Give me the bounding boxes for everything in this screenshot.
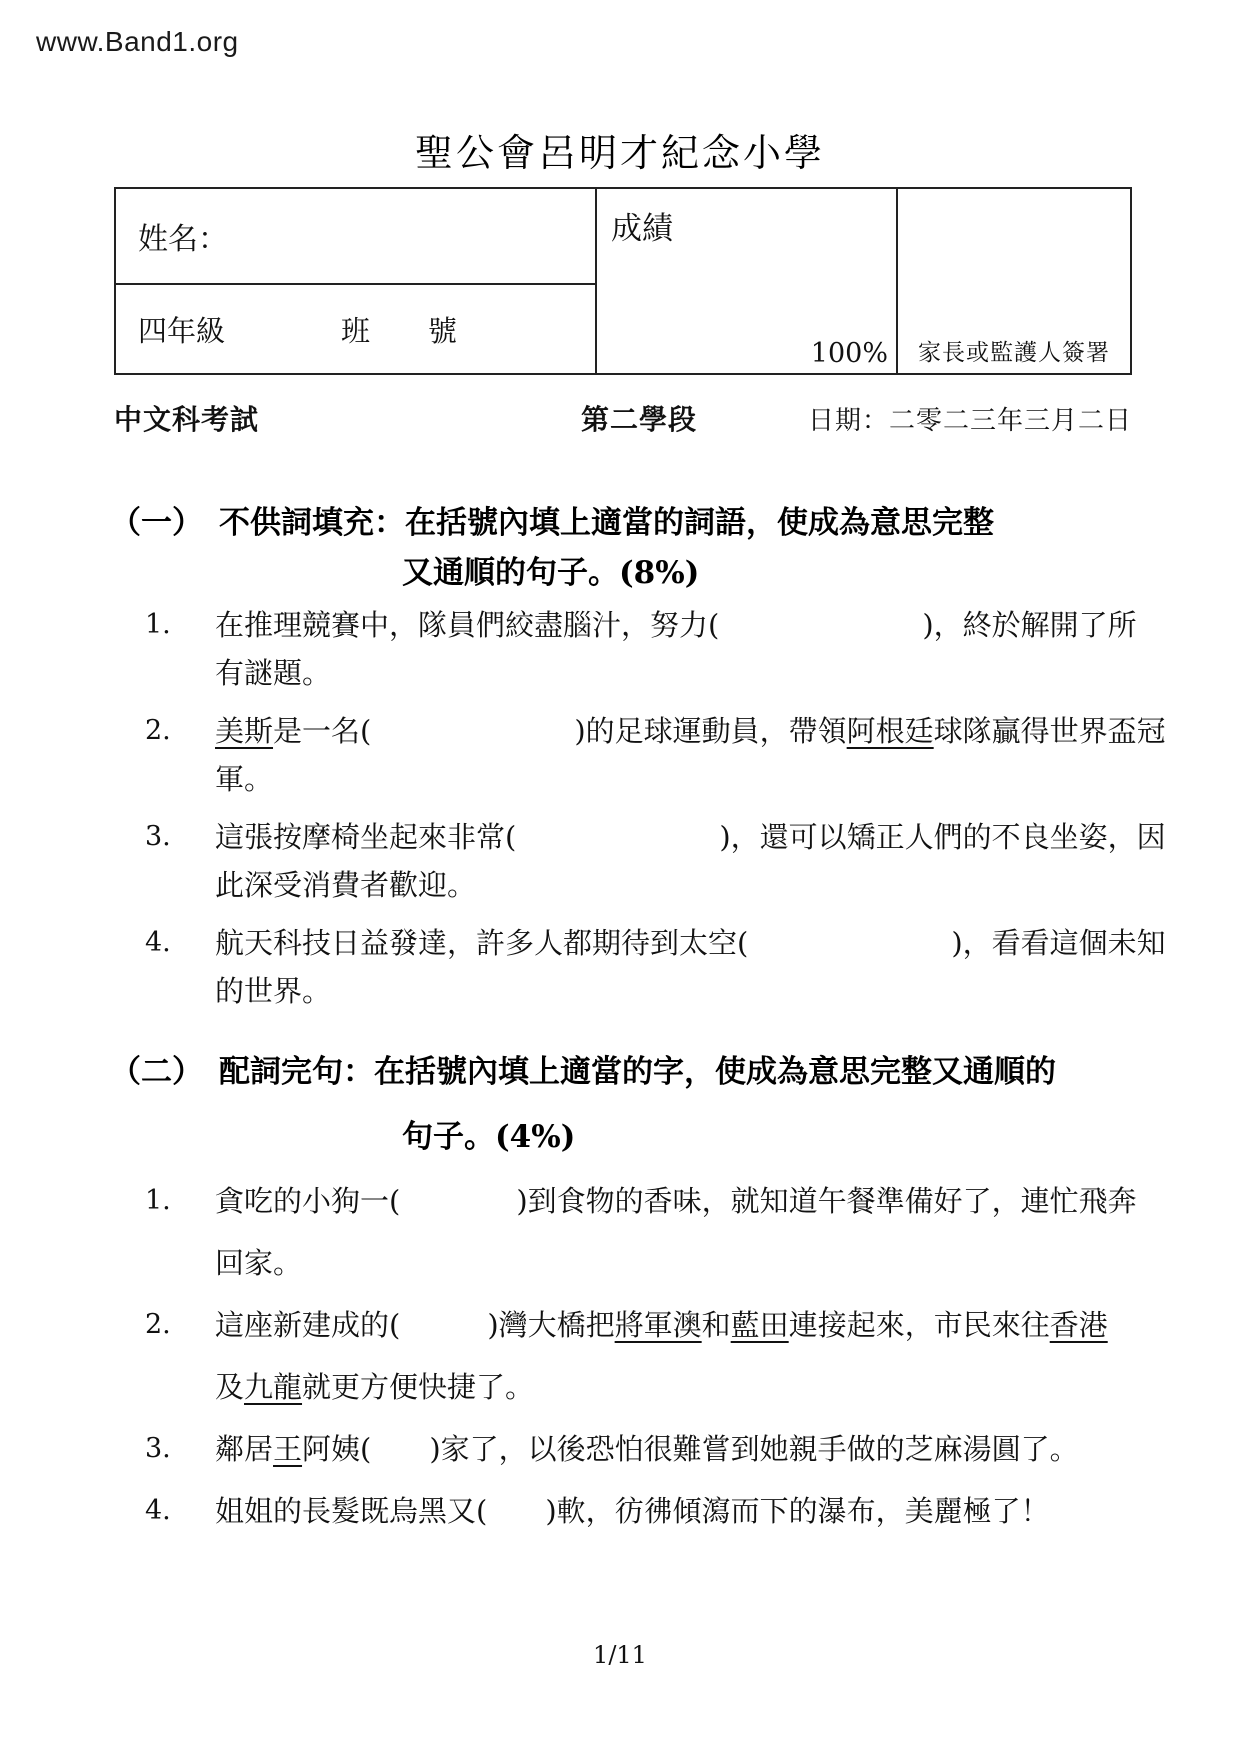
question-text: 這座新建成的( )灣大橋把	[215, 1308, 615, 1342]
section-title: 不供詞填充：在括號內填上適當的詞語，使成為意思完整	[219, 505, 994, 541]
question-item: 3.鄰居王阿姨( )家了，以後恐怕很難嘗到她親手做的芝麻湯圓了。	[110, 1418, 1132, 1480]
question-line: 這張按摩椅坐起來非常( )，還可以矯正人們的不良坐姿，因	[215, 813, 1132, 861]
student-info-table: 姓名： 四年級 班 號 成績 100% 家長或監護人簽署	[114, 187, 1132, 375]
exam-subject: 中文科考試	[114, 398, 259, 438]
question-line: 此深受消費者歡迎。	[215, 861, 1132, 909]
question-text: 此深受消費者歡迎。	[215, 868, 476, 902]
info-table-left-column: 姓名： 四年級 班 號	[116, 189, 597, 373]
exam-term: 第二學段	[581, 398, 697, 438]
question-text: 阿姨( )家了，以後恐怕很難嘗到她親手做的芝麻湯圓了。	[302, 1432, 1079, 1466]
question-item: 4.姐姐的長髮既烏黑又( )軟，彷彿傾瀉而下的瀑布，美麗極了！	[110, 1480, 1132, 1542]
question-line: 這座新建成的( )灣大橋把將軍澳和藍田連接起來，市民來往香港	[215, 1294, 1132, 1356]
question-text: 及	[215, 1370, 244, 1404]
question-text: 這張按摩椅坐起來非常( )，還可以矯正人們的不良坐姿，因	[215, 820, 1166, 854]
class-number-label: 四年級 班 號	[138, 309, 457, 350]
question-text: 球隊贏得世界盃冠	[934, 714, 1166, 748]
question-body: 姐姐的長髮既烏黑又( )軟，彷彿傾瀉而下的瀑布，美麗極了！	[215, 1480, 1132, 1542]
underlined-text: 香港	[1050, 1308, 1108, 1342]
question-list: 1.貪吃的小狗一( )到食物的香味，就知道午餐準備好了，連忙飛奔回家。2.這座新…	[110, 1170, 1132, 1542]
page-number: 1/11	[0, 1641, 1240, 1669]
exam-section: （二）配詞完句：在括號內填上適當的字，使成為意思完整又通順的句子。(4%)1.貪…	[110, 1040, 1132, 1542]
question-item: 4.航天科技日益發達，許多人都期待到太空( )，看看這個未知的世界。	[110, 919, 1132, 1015]
underlined-text: 九龍	[244, 1370, 302, 1404]
question-line: 鄰居王阿姨( )家了，以後恐怕很難嘗到她親手做的芝麻湯圓了。	[215, 1418, 1132, 1480]
question-item: 2.這座新建成的( )灣大橋把將軍澳和藍田連接起來，市民來往香港及九龍就更方便快…	[110, 1294, 1132, 1418]
section-heading-line1: （二）配詞完句：在括號內填上適當的字，使成為意思完整又通順的	[110, 1040, 1132, 1105]
underlined-text: 藍田	[731, 1308, 789, 1342]
question-text: 連接起來，市民來往	[789, 1308, 1050, 1342]
section-number: （二）	[110, 1040, 203, 1105]
question-number: 4.	[110, 919, 215, 1015]
question-line: 及九龍就更方便快捷了。	[215, 1356, 1132, 1418]
question-item: 2.美斯是一名( )的足球運動員，帶領阿根廷球隊贏得世界盃冠軍。	[110, 707, 1132, 803]
question-line: 貪吃的小狗一( )到食物的香味，就知道午餐準備好了，連忙飛奔	[215, 1170, 1132, 1232]
exam-meta-line: 中文科考試 第二學段 日期：二零二三年三月二日	[114, 398, 1132, 436]
question-text: 是一名( )的足球運動員，帶領	[273, 714, 847, 748]
question-text: 有謎題。	[215, 656, 331, 690]
question-body: 這張按摩椅坐起來非常( )，還可以矯正人們的不良坐姿，因此深受消費者歡迎。	[215, 813, 1132, 909]
question-text: 和	[702, 1308, 731, 1342]
name-label: 姓名：	[138, 214, 228, 258]
question-text: 航天科技日益發達，許多人都期待到太空( )，看看這個未知	[215, 926, 1166, 960]
question-text: 軍。	[215, 762, 273, 796]
question-line: 美斯是一名( )的足球運動員，帶領阿根廷球隊贏得世界盃冠	[215, 707, 1132, 755]
question-line: 有謎題。	[215, 649, 1132, 697]
section-heading-line2: 句子。(4%)	[402, 1105, 1132, 1170]
question-number: 4.	[110, 1480, 215, 1542]
watermark-url: www.Band1.org	[36, 26, 239, 58]
question-line: 航天科技日益發達，許多人都期待到太空( )，看看這個未知	[215, 919, 1132, 967]
school-title: 聖公會呂明才紀念小學	[0, 122, 1240, 177]
question-line: 姐姐的長髮既烏黑又( )軟，彷彿傾瀉而下的瀑布，美麗極了！	[215, 1480, 1132, 1542]
section-heading: （二）配詞完句：在括號內填上適當的字，使成為意思完整又通順的句子。(4%)	[110, 1040, 1132, 1170]
exam-section: （一）不供詞填充：在括號內填上適當的詞語，使成為意思完整又通順的句子。(8%)1…	[110, 498, 1132, 1015]
question-text: 的世界。	[215, 974, 331, 1008]
section-title: 配詞完句：在括號內填上適當的字，使成為意思完整又通順的	[219, 1054, 1056, 1090]
signature-cell: 家長或監護人簽署	[898, 189, 1130, 373]
underlined-text: 阿根廷	[847, 714, 934, 748]
question-body: 貪吃的小狗一( )到食物的香味，就知道午餐準備好了，連忙飛奔回家。	[215, 1170, 1132, 1294]
question-item: 3.這張按摩椅坐起來非常( )，還可以矯正人們的不良坐姿，因此深受消費者歡迎。	[110, 813, 1132, 909]
section-heading: （一）不供詞填充：在括號內填上適當的詞語，使成為意思完整又通順的句子。(8%)	[110, 498, 1132, 598]
question-item: 1.貪吃的小狗一( )到食物的香味，就知道午餐準備好了，連忙飛奔回家。	[110, 1170, 1132, 1294]
underlined-text: 王	[273, 1432, 302, 1466]
section-heading-line1: （一）不供詞填充：在括號內填上適當的詞語，使成為意思完整	[110, 498, 1132, 548]
underlined-text: 將軍澳	[615, 1308, 702, 1342]
score-total: 100%	[811, 338, 888, 369]
question-text: 鄰居	[215, 1432, 273, 1466]
question-body: 這座新建成的( )灣大橋把將軍澳和藍田連接起來，市民來往香港及九龍就更方便快捷了…	[215, 1294, 1132, 1418]
question-number: 2.	[110, 1294, 215, 1418]
score-label: 成績	[611, 203, 673, 248]
question-line: 的世界。	[215, 967, 1132, 1015]
signature-label: 家長或監護人簽署	[898, 334, 1130, 367]
question-number: 3.	[110, 1418, 215, 1480]
question-body: 航天科技日益發達，許多人都期待到太空( )，看看這個未知的世界。	[215, 919, 1132, 1015]
question-item: 1.在推理競賽中，隊員們絞盡腦汁，努力( )，終於解開了所有謎題。	[110, 601, 1132, 697]
question-text: 姐姐的長髮既烏黑又( )軟，彷彿傾瀉而下的瀑布，美麗極了！	[215, 1494, 1050, 1528]
sections: （一）不供詞填充：在括號內填上適當的詞語，使成為意思完整又通順的句子。(8%)1…	[110, 498, 1132, 1542]
exam-paper-page: www.Band1.org 聖公會呂明才紀念小學 姓名： 四年級 班 號 成績 …	[0, 0, 1240, 1754]
question-list: 1.在推理競賽中，隊員們絞盡腦汁，努力( )，終於解開了所有謎題。2.美斯是一名…	[110, 601, 1132, 1015]
score-cell: 成績 100%	[597, 189, 898, 373]
question-number: 2.	[110, 707, 215, 803]
question-text: 在推理競賽中，隊員們絞盡腦汁，努力( )，終於解開了所	[215, 608, 1137, 642]
underlined-text: 美斯	[215, 714, 273, 748]
question-text: 回家。	[215, 1246, 302, 1280]
question-text: 貪吃的小狗一( )到食物的香味，就知道午餐準備好了，連忙飛奔	[215, 1184, 1137, 1218]
question-number: 1.	[110, 1170, 215, 1294]
exam-date: 日期：二零二三年三月二日	[808, 400, 1132, 437]
question-text: 就更方便快捷了。	[302, 1370, 534, 1404]
name-field-cell: 姓名：	[116, 189, 595, 285]
question-number: 3.	[110, 813, 215, 909]
question-body: 鄰居王阿姨( )家了，以後恐怕很難嘗到她親手做的芝麻湯圓了。	[215, 1418, 1132, 1480]
section-number: （一）	[110, 498, 203, 548]
class-number-cell: 四年級 班 號	[116, 285, 595, 373]
question-line: 回家。	[215, 1232, 1132, 1294]
question-body: 在推理競賽中，隊員們絞盡腦汁，努力( )，終於解開了所有謎題。	[215, 601, 1132, 697]
question-number: 1.	[110, 601, 215, 697]
question-line: 在推理競賽中，隊員們絞盡腦汁，努力( )，終於解開了所	[215, 601, 1132, 649]
question-line: 軍。	[215, 755, 1132, 803]
section-heading-line2: 又通順的句子。(8%)	[402, 548, 1132, 598]
question-body: 美斯是一名( )的足球運動員，帶領阿根廷球隊贏得世界盃冠軍。	[215, 707, 1132, 803]
